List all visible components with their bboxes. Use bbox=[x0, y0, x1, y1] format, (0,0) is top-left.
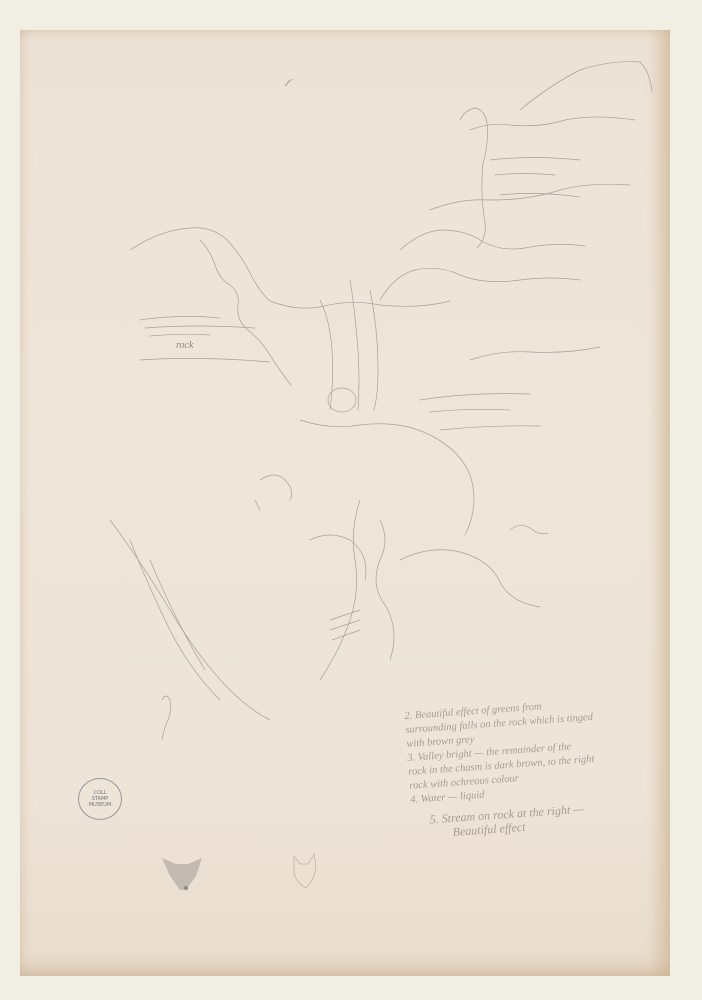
fox-outline-sketch bbox=[294, 854, 316, 888]
fox-head-sketch bbox=[162, 858, 202, 890]
hatching bbox=[330, 610, 360, 640]
rock-label: rock bbox=[176, 340, 193, 351]
handwritten-notes: 2. Beautiful effect of greens from surro… bbox=[404, 691, 683, 842]
bird-mark bbox=[285, 79, 293, 86]
collection-stamp: COLL STAMP MUSEUM bbox=[78, 778, 122, 820]
landscape-sketch bbox=[0, 0, 702, 1000]
